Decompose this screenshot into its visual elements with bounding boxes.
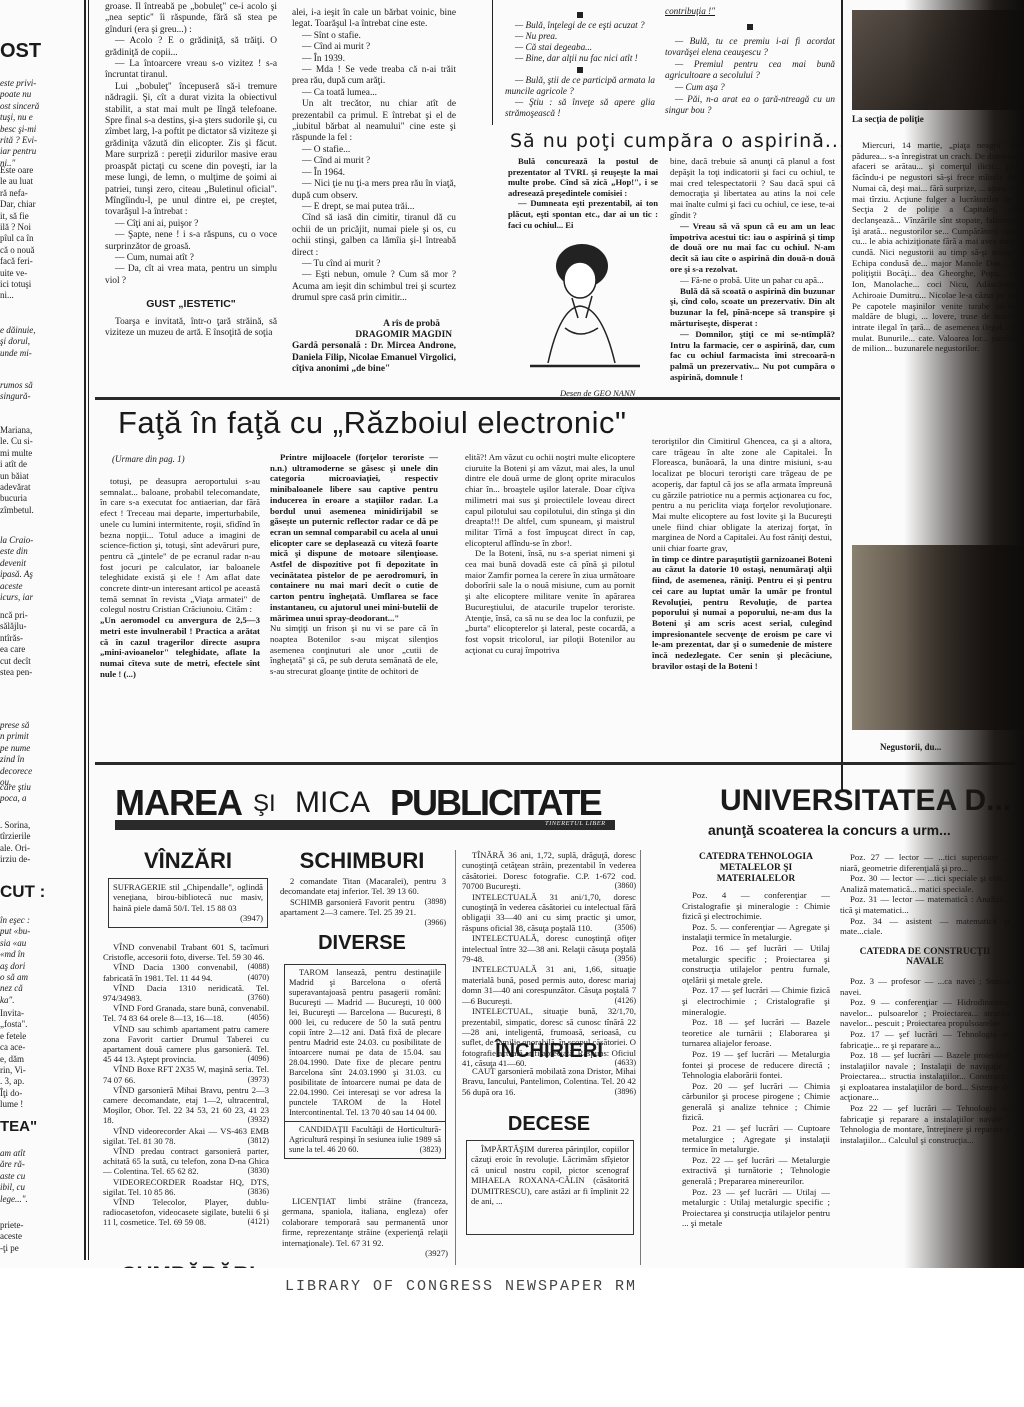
dept2-list: Poz. 27 — lector — ...tici superioare ..… bbox=[840, 852, 1010, 1145]
police-photo bbox=[852, 10, 1024, 110]
aspirin-col1: Bulă concurează la postul de prezentator… bbox=[508, 156, 658, 230]
matrimoniale-list: TÎNĂRĂ 36 ani, 1,72, suplă, drăguţă, dor… bbox=[462, 850, 636, 1069]
list-item: Poz. 4 — conferenţiar — Cristalografie ş… bbox=[682, 890, 830, 922]
top-story-col1: groase. Îl întreabă pe „bobuleţ" ce-i ac… bbox=[105, 2, 277, 339]
section-rule-1 bbox=[95, 397, 840, 400]
diverse-boxed: TAROM lansează, pentru destinaţiile Madr… bbox=[284, 964, 446, 1159]
list-item: VÎND Ford Granada, stare bună, convenabi… bbox=[103, 1003, 269, 1023]
diverse-title: DIVERSE bbox=[282, 932, 442, 955]
list-item: VÎND videorecorder Akai — VS-463 EMB sig… bbox=[103, 1126, 269, 1146]
list-item: VÎND Boxe RFT 2X35 W, maşină seria. Tel.… bbox=[103, 1064, 269, 1084]
electronic-war-col2: Printre mijloacele (forţelor teroriste —… bbox=[270, 452, 438, 677]
vinzari-list: VÎND convenabil Trabant 601 S, tacîmuri … bbox=[103, 942, 269, 1228]
list-item: Poz. 30 — lector — ...tici speciale şi c… bbox=[840, 873, 1010, 894]
left-strip-quote: este privi-poate nuost sincerătuşi, nu e… bbox=[0, 78, 58, 169]
left-strip: OST este privi-poate nuost sincerătuşi, … bbox=[0, 0, 58, 1270]
left-strip-para4: Mariana,le. Cu si-mi multei atît deun bă… bbox=[0, 425, 58, 516]
left-strip-para7: prese săn primitpe numezind îndecoreceou… bbox=[0, 720, 58, 788]
banner-si: ŞI bbox=[253, 790, 276, 818]
police-photo-2 bbox=[852, 545, 1024, 730]
police-photo-2-caption: Negustorii, du... bbox=[880, 742, 941, 752]
vinzari-title: VÎNZĂRI bbox=[108, 848, 268, 874]
electronic-war-col4: teroriştilor din Cimitirul Ghencea, ca ş… bbox=[652, 436, 832, 671]
aspirin-title: Să nu poţi cumpăra o aspirină... bbox=[510, 130, 840, 152]
list-item: Poz. 18 — şef lucrări — Bazele teoretice… bbox=[682, 1017, 830, 1049]
electronic-war-title: Faţă în faţă cu „Războiul electronic" bbox=[118, 405, 678, 441]
inchirieri-text: CAUT garsonieră mobilată zona Dristor, M… bbox=[462, 1066, 636, 1097]
banner-publicitate: PUBLICITATE bbox=[390, 782, 601, 824]
classifieds-rule-2 bbox=[640, 850, 641, 1265]
list-item: Poz. 17 — şef lucrări — Tehnologia de fa… bbox=[840, 1029, 1010, 1050]
list-item: Poz 22 — şef lucrări — Tehnologia de fab… bbox=[840, 1103, 1010, 1145]
left-strip-para5: la Craio-este dindevenitipasă. Aşacestei… bbox=[0, 535, 58, 603]
left-strip-para11: Invita-„fosta".e feteleca ace-e, dămrin,… bbox=[0, 1008, 58, 1111]
signature-credits: Gardă personală : Dr. Mircea Androne, Da… bbox=[292, 341, 456, 375]
section-rule-2 bbox=[95, 762, 1015, 765]
continued-note: (Urmare din pag. 1) bbox=[112, 454, 185, 464]
schimburi-list: 2 comandate Titan (Macaralei), pentru 3 … bbox=[280, 876, 446, 928]
left-strip-para6: ncă pri-sălăjlu-ntîrăs-ea carecut decîts… bbox=[0, 610, 58, 678]
police-text: Miercuri, 14 martie, „piaţa neagră" din … bbox=[852, 140, 1022, 410]
left-strip-header-cut: CUT : bbox=[0, 882, 45, 902]
column-rule-left-2 bbox=[88, 0, 89, 1260]
list-item: Poz. 3 — profesor — ...ca navei ; Static… bbox=[840, 976, 1010, 997]
left-strip-para13: priete-aceste-ţi pe bbox=[0, 1220, 58, 1254]
banner-marea: MAREA bbox=[115, 782, 242, 824]
list-item: Poz. 23 — şef lucrări — Utilaj — metalur… bbox=[682, 1187, 830, 1229]
banner-underline bbox=[115, 820, 615, 830]
aspirin-col2: bine, dacă trebuie să anunţi că planul a… bbox=[670, 156, 835, 383]
left-strip-para1: Este oarele au luatră nefa-Dar, chiarit,… bbox=[0, 165, 58, 302]
diverse-licentiat: LICENŢIAT limbi străine (franceza, germa… bbox=[282, 1196, 448, 1258]
list-item: Poz. 21 — şef lucrări — Cuptoare metalur… bbox=[682, 1123, 830, 1155]
electronic-war-col1: totuşi, pe deasupra aeroportului s-au se… bbox=[100, 476, 260, 679]
list-item: Poz. 9 — conferenţiar — Hidrodinamica na… bbox=[840, 997, 1010, 1029]
left-strip-header-tea: TEA" bbox=[0, 1118, 37, 1135]
list-item: Poz. 22 — şef lucrări — Metalurgie extra… bbox=[682, 1155, 830, 1187]
list-item: INTELECTUALĂ 31 ani/1,70, doresc cunoşti… bbox=[462, 892, 636, 934]
list-item: INTELECTUALĂ 31 ani, 1,66, situaţie mate… bbox=[462, 964, 636, 1006]
left-strip-para10: în eşec :put «bu-sia «au«md înaş dorio s… bbox=[0, 915, 58, 1006]
left-strip-para12: am atîtăre ră-aste cuibil, culege...". bbox=[0, 1148, 58, 1205]
bula-jokes-right: contribuţia !" — Bulă, tu ce premiu i-ai… bbox=[665, 6, 835, 117]
left-strip-para9: . Sorina,tîrzierileale. Ori-irziu de- bbox=[0, 820, 58, 866]
signature-author: DRAGOMIR MAGDIN bbox=[292, 330, 456, 341]
list-item: Poz. 16 — şef lucrări — Utilaj metalurgi… bbox=[682, 943, 830, 985]
dept3-title: CATEDRA DE CONSTRUCŢII NAVALE bbox=[840, 947, 1010, 968]
column-rule-right bbox=[841, 0, 843, 790]
classifieds-banner: MAREA ŞI MICA PUBLICITATE TINERETUL LIBE… bbox=[115, 782, 655, 832]
bula-jokes-left: — Bulă, înţelegi de ce eşti acuzat ? — N… bbox=[505, 12, 655, 119]
list-item: VÎND predau contract garsonieră parter, … bbox=[103, 1146, 269, 1177]
list-item: Poz. 31 — lector — matematică : Analiză.… bbox=[840, 894, 1010, 915]
dept1-list: Poz. 4 — conferenţiar — Cristalografie ş… bbox=[682, 890, 830, 1229]
list-item: Poz. 34 — asistent — matematică şi mate.… bbox=[840, 916, 1010, 937]
left-strip-para3: rumos săsingură- bbox=[0, 380, 58, 403]
column-rule-mid bbox=[492, 0, 493, 125]
cartoon-drawing bbox=[520, 228, 650, 378]
police-photo-caption: La secţia de poliţie bbox=[852, 114, 924, 124]
subhead-gust-iestetic: GUST „IESTETIC" bbox=[105, 299, 277, 310]
list-item: Poz. 27 — lector — ...tici superioare ..… bbox=[840, 852, 1010, 873]
list-item: INTELECTUALĂ, doresc cunoştinţă ofiţer i… bbox=[462, 933, 636, 964]
left-strip-para8: care ştiupoca, a bbox=[0, 782, 58, 805]
university-subtitle: anunţă scoaterea la concurs a urm... bbox=[708, 822, 1024, 838]
classifieds-rule-1 bbox=[455, 850, 456, 1265]
list-item: 2 comandate Titan (Macaralei), pentru 3 … bbox=[280, 876, 446, 897]
vinzari-boxed-ad: SUFRAGERIE stil „Chipendalle", oglindă v… bbox=[108, 878, 268, 928]
university-title: UNIVERSITATEA D... bbox=[720, 784, 1024, 818]
list-item: Poz. 20 — şef lucrări — Chimia cărbunilo… bbox=[682, 1081, 830, 1123]
dept1-title: CATEDRA TEHNOLOGIA METALELOR ŞI MATERIAL… bbox=[682, 852, 830, 885]
electronic-war-col3: elită?! Am văzut cu ochii noştri multe e… bbox=[465, 452, 635, 655]
list-item: Poz. 19 — şef lucrări — Metalurgia fonte… bbox=[682, 1049, 830, 1081]
list-item: VÎND garsonieră Mihai Bravu, pentru 2—3 … bbox=[103, 1085, 269, 1126]
left-strip-header-ost: OST bbox=[0, 40, 41, 63]
list-item: Poz. 5. — conferenţiar — Agregate şi ins… bbox=[682, 922, 830, 943]
list-item: Poz. 18 — şef lucrări — Bazele proiectăr… bbox=[840, 1050, 1010, 1103]
decese-title: DECESE bbox=[462, 1113, 636, 1136]
left-strip-para2: e dăinuie,şi dorul,unde mi- bbox=[0, 325, 58, 359]
banner-tag: TINERETUL LIBER bbox=[545, 820, 606, 827]
library-watermark: LIBRARY OF CONGRESS NEWSPAPER RM bbox=[285, 1278, 637, 1295]
top-story-col2: alei, i-a ieşit în cale un bărbat voinic… bbox=[292, 8, 456, 376]
bullet-square-icon bbox=[577, 12, 583, 18]
schimburi-title: SCHIMBURI bbox=[282, 848, 442, 874]
bullet-square-icon bbox=[747, 24, 753, 30]
column-rule-left bbox=[84, 0, 86, 1260]
signature-line1: A rîs de probă bbox=[292, 319, 456, 330]
list-item: VÎND Dacia 1310 neridicată. Tel. 974/349… bbox=[103, 983, 269, 1003]
inchirieri-title: ÎNCHIRIERI bbox=[462, 1040, 636, 1063]
cartoon-man-icon bbox=[520, 228, 650, 378]
list-item: VÎND Telecolor, Player, dublu-radiocaset… bbox=[103, 1197, 269, 1228]
bullet-square-icon bbox=[577, 67, 583, 73]
list-item: VÎND sau schimb apartament patru camere … bbox=[103, 1024, 269, 1065]
list-item: VÎND convenabil Trabant 601 S, tacîmuri … bbox=[103, 942, 269, 962]
decese-boxed: ÎMPĂRTĂŞIM durerea părinţilor, copiilor … bbox=[466, 1140, 634, 1235]
list-item: TÎNĂRĂ 36 ani, 1,72, suplă, drăguţă, dor… bbox=[462, 850, 636, 892]
list-item: VIDEORECORDER Roadstar HQ, DTS, sigilat.… bbox=[103, 1177, 269, 1197]
banner-mica: MICA bbox=[295, 786, 370, 820]
list-item: Poz. 17 — şef lucrări — Chimie fizică şi… bbox=[682, 985, 830, 1017]
